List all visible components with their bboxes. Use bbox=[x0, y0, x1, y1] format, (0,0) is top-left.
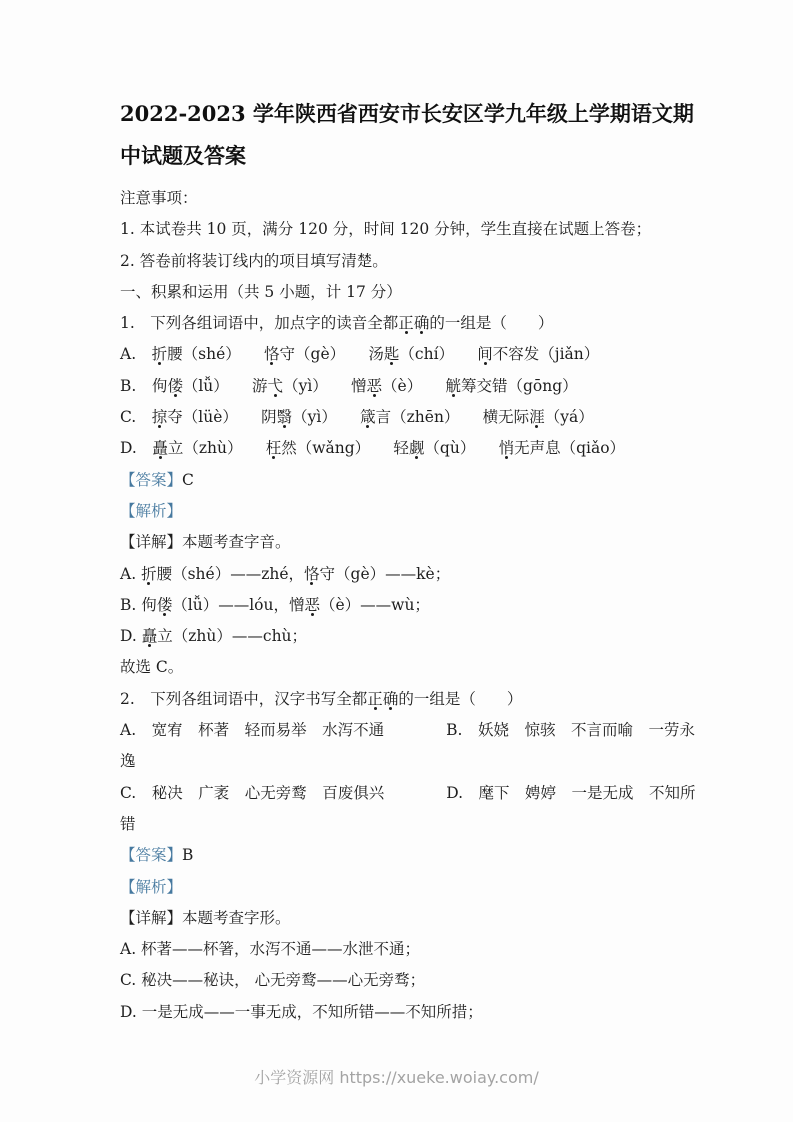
q2-explanation-d: D. 一是无成——一事无成，不知所错——不知所措； bbox=[120, 997, 694, 1028]
dotted-char: 正 bbox=[398, 314, 414, 332]
text-segment: 腰（shé） bbox=[167, 345, 264, 363]
dotted-char: 矗 bbox=[142, 627, 158, 645]
document-page: 2022-2023 学年陕西省西安市长安区学九年级上学期语文期中试题及答案 注意… bbox=[0, 0, 793, 1122]
q2-analysis-line: 【解析】 bbox=[120, 872, 694, 903]
q1-explanation-a: A. 折腰（shé）——zhé，恪守（gè）——kè； bbox=[120, 559, 694, 590]
text-segment: 守（gè） 汤 bbox=[280, 345, 384, 363]
dotted-char: 涯 bbox=[529, 408, 545, 426]
notice-item-1: 1. 本试卷共 10 页，满分 120 分，时间 120 分钟，学生直接在试题上… bbox=[120, 214, 694, 245]
dotted-char: 掠 bbox=[152, 408, 168, 426]
q1-answer-value: C bbox=[182, 471, 194, 489]
text-segment: 守（gè）——kè； bbox=[320, 565, 451, 583]
section-heading: 一、积累和运用（共 5 小题，计 17 分） bbox=[120, 277, 694, 308]
text-segment: 2. 下列各组词语中，汉字书写全都 bbox=[120, 690, 367, 708]
dotted-char: 偻 bbox=[157, 596, 173, 614]
q1-option-a: A. 折腰（shé） 恪守（gè） 汤匙（chí） 间不容发（jiǎn） bbox=[120, 339, 694, 370]
q2-options-line-3: C. 秘决 广袤 心无旁鹜 百废俱兴 D. 麾下 娉婷 一是无成 不知所 bbox=[120, 778, 694, 809]
q2-analysis-label: 【解析】 bbox=[120, 878, 182, 896]
text-segment: （yá） bbox=[545, 408, 594, 426]
text-segment: （qù） bbox=[424, 439, 498, 457]
q2-options-line-1: A. 宽宥 杯著 轻而易举 水泻不通 B. 妖娆 惊骇 不言而喻 一劳永 bbox=[120, 715, 694, 746]
text-segment: 立（zhù）——chù； bbox=[157, 627, 307, 645]
exam-title-line-2: 中试题及答案 bbox=[120, 135, 694, 177]
text-segment: 筹交错（gōng） bbox=[461, 377, 578, 395]
q2-options-line-4: 错 bbox=[120, 809, 694, 840]
q1-option-b: B. 佝偻（lǚ） 游弋（yì） 憎恶（è） 觥筹交错（gōng） bbox=[120, 371, 694, 402]
q2-answer-label: 【答案】 bbox=[120, 846, 182, 864]
dotted-char: 正 bbox=[367, 690, 383, 708]
text-segment: 不容发（jiǎn） bbox=[493, 345, 600, 363]
text-segment: （è） bbox=[382, 377, 445, 395]
notice-item-2: 2. 答卷前将装订线内的项目填写清楚。 bbox=[120, 246, 694, 277]
q2-stem: 2. 下列各组词语中，汉字书写全都正确的一组是（ ） bbox=[120, 684, 694, 715]
q2-answer-line: 【答案】B bbox=[120, 840, 694, 871]
q1-answer-label: 【答案】 bbox=[120, 471, 182, 489]
text-segment: （chí） bbox=[399, 345, 477, 363]
dotted-char: 翳 bbox=[277, 408, 293, 426]
q1-conclusion: 故选 C。 bbox=[120, 652, 694, 683]
text-segment: B. 佝 bbox=[120, 596, 157, 614]
dotted-char: 恶 bbox=[367, 377, 383, 395]
dotted-char: 弋 bbox=[268, 377, 284, 395]
text-segment: D. bbox=[120, 439, 152, 457]
text-segment: （è）——wù； bbox=[320, 596, 430, 614]
dotted-char: 枉 bbox=[266, 439, 282, 457]
text-segment: D. bbox=[120, 627, 142, 645]
exam-title-line-1: 2022-2023 学年陕西省西安市长安区学九年级上学期语文期 bbox=[120, 93, 694, 135]
dotted-char: 箴 bbox=[360, 408, 376, 426]
q2-explanation-a: A. 杯著——杯箸，水泻不通——水泄不通； bbox=[120, 934, 694, 965]
q1-option-c: C. 掠夺（lüè） 阴翳（yì） 箴言（zhēn） 横无际涯（yá） bbox=[120, 402, 694, 433]
notice-heading: 注意事项： bbox=[120, 183, 694, 214]
exam-title: 2022-2023 学年陕西省西安市长安区学九年级上学期语文期中试题及答案 bbox=[120, 93, 694, 177]
text-segment: （lǚ） 游 bbox=[183, 377, 268, 395]
text-segment: 的一组是（ ） bbox=[398, 690, 522, 708]
exam-document: 2022-2023 学年陕西省西安市长安区学九年级上学期语文期中试题及答案 注意… bbox=[120, 93, 694, 1028]
dotted-char: 匙 bbox=[384, 345, 400, 363]
q2-options-line-2: 逸 bbox=[120, 746, 694, 777]
dotted-char: 恪 bbox=[304, 565, 320, 583]
text-segment: （yì） bbox=[292, 408, 360, 426]
q1-detail-line: 【详解】本题考查字音。 bbox=[120, 527, 694, 558]
text-segment: 立（zhù） bbox=[168, 439, 266, 457]
text-segment: 夺（lüè） 阴 bbox=[167, 408, 276, 426]
dotted-char: 间 bbox=[477, 345, 493, 363]
text-segment: 然（wǎng） 轻 bbox=[281, 439, 409, 457]
q2-detail-line: 【详解】本题考查字形。 bbox=[120, 903, 694, 934]
dotted-char: 折 bbox=[152, 345, 168, 363]
q1-explanation-b: B. 佝偻（lǚ）——lóu，憎恶（è）——wù； bbox=[120, 590, 694, 621]
q2-answer-value: B bbox=[182, 846, 193, 864]
q1-analysis-line: 【解析】 bbox=[120, 496, 694, 527]
dotted-char: 偻 bbox=[167, 377, 183, 395]
q2-explanation-c: C. 秘决——秘诀， 心无旁鹜——心无旁骛； bbox=[120, 965, 694, 996]
text-segment: B. 佝 bbox=[120, 377, 167, 395]
text-segment: 无声息（qiǎo） bbox=[514, 439, 625, 457]
text-segment: 言（zhēn） 横无际 bbox=[376, 408, 530, 426]
dotted-char: 恶 bbox=[304, 596, 320, 614]
dotted-char: 矗 bbox=[152, 439, 168, 457]
dotted-char: 确 bbox=[414, 314, 430, 332]
text-segment: C. bbox=[120, 408, 152, 426]
dotted-char: 觑 bbox=[409, 439, 425, 457]
footer-watermark: 小学资源网 https://xueke.woiay.com/ bbox=[0, 1066, 793, 1090]
q1-stem: 1. 下列各组词语中，加点字的读音全都正确的一组是（ ） bbox=[120, 308, 694, 339]
text-segment: （yì） 憎 bbox=[283, 377, 366, 395]
q1-explanation-d: D. 矗立（zhù）——chù； bbox=[120, 621, 694, 652]
dotted-char: 确 bbox=[383, 690, 399, 708]
text-segment: 腰（shé）——zhé， bbox=[157, 565, 304, 583]
text-segment: 的一组是（ ） bbox=[429, 314, 553, 332]
q1-answer-line: 【答案】C bbox=[120, 465, 694, 496]
dotted-char: 悄 bbox=[499, 439, 515, 457]
dotted-char: 觥 bbox=[445, 377, 461, 395]
q1-option-d: D. 矗立（zhù） 枉然（wǎng） 轻觑（qù） 悄无声息（qiǎo） bbox=[120, 433, 694, 464]
text-segment: A. bbox=[120, 565, 141, 583]
dotted-char: 恪 bbox=[264, 345, 280, 363]
text-segment: 1. 下列各组词语中，加点字的读音全都 bbox=[120, 314, 398, 332]
text-segment: A. bbox=[120, 345, 152, 363]
text-segment: （lǚ）——lóu，憎 bbox=[172, 596, 304, 614]
q1-analysis-label: 【解析】 bbox=[120, 502, 182, 520]
dotted-char: 折 bbox=[141, 565, 157, 583]
